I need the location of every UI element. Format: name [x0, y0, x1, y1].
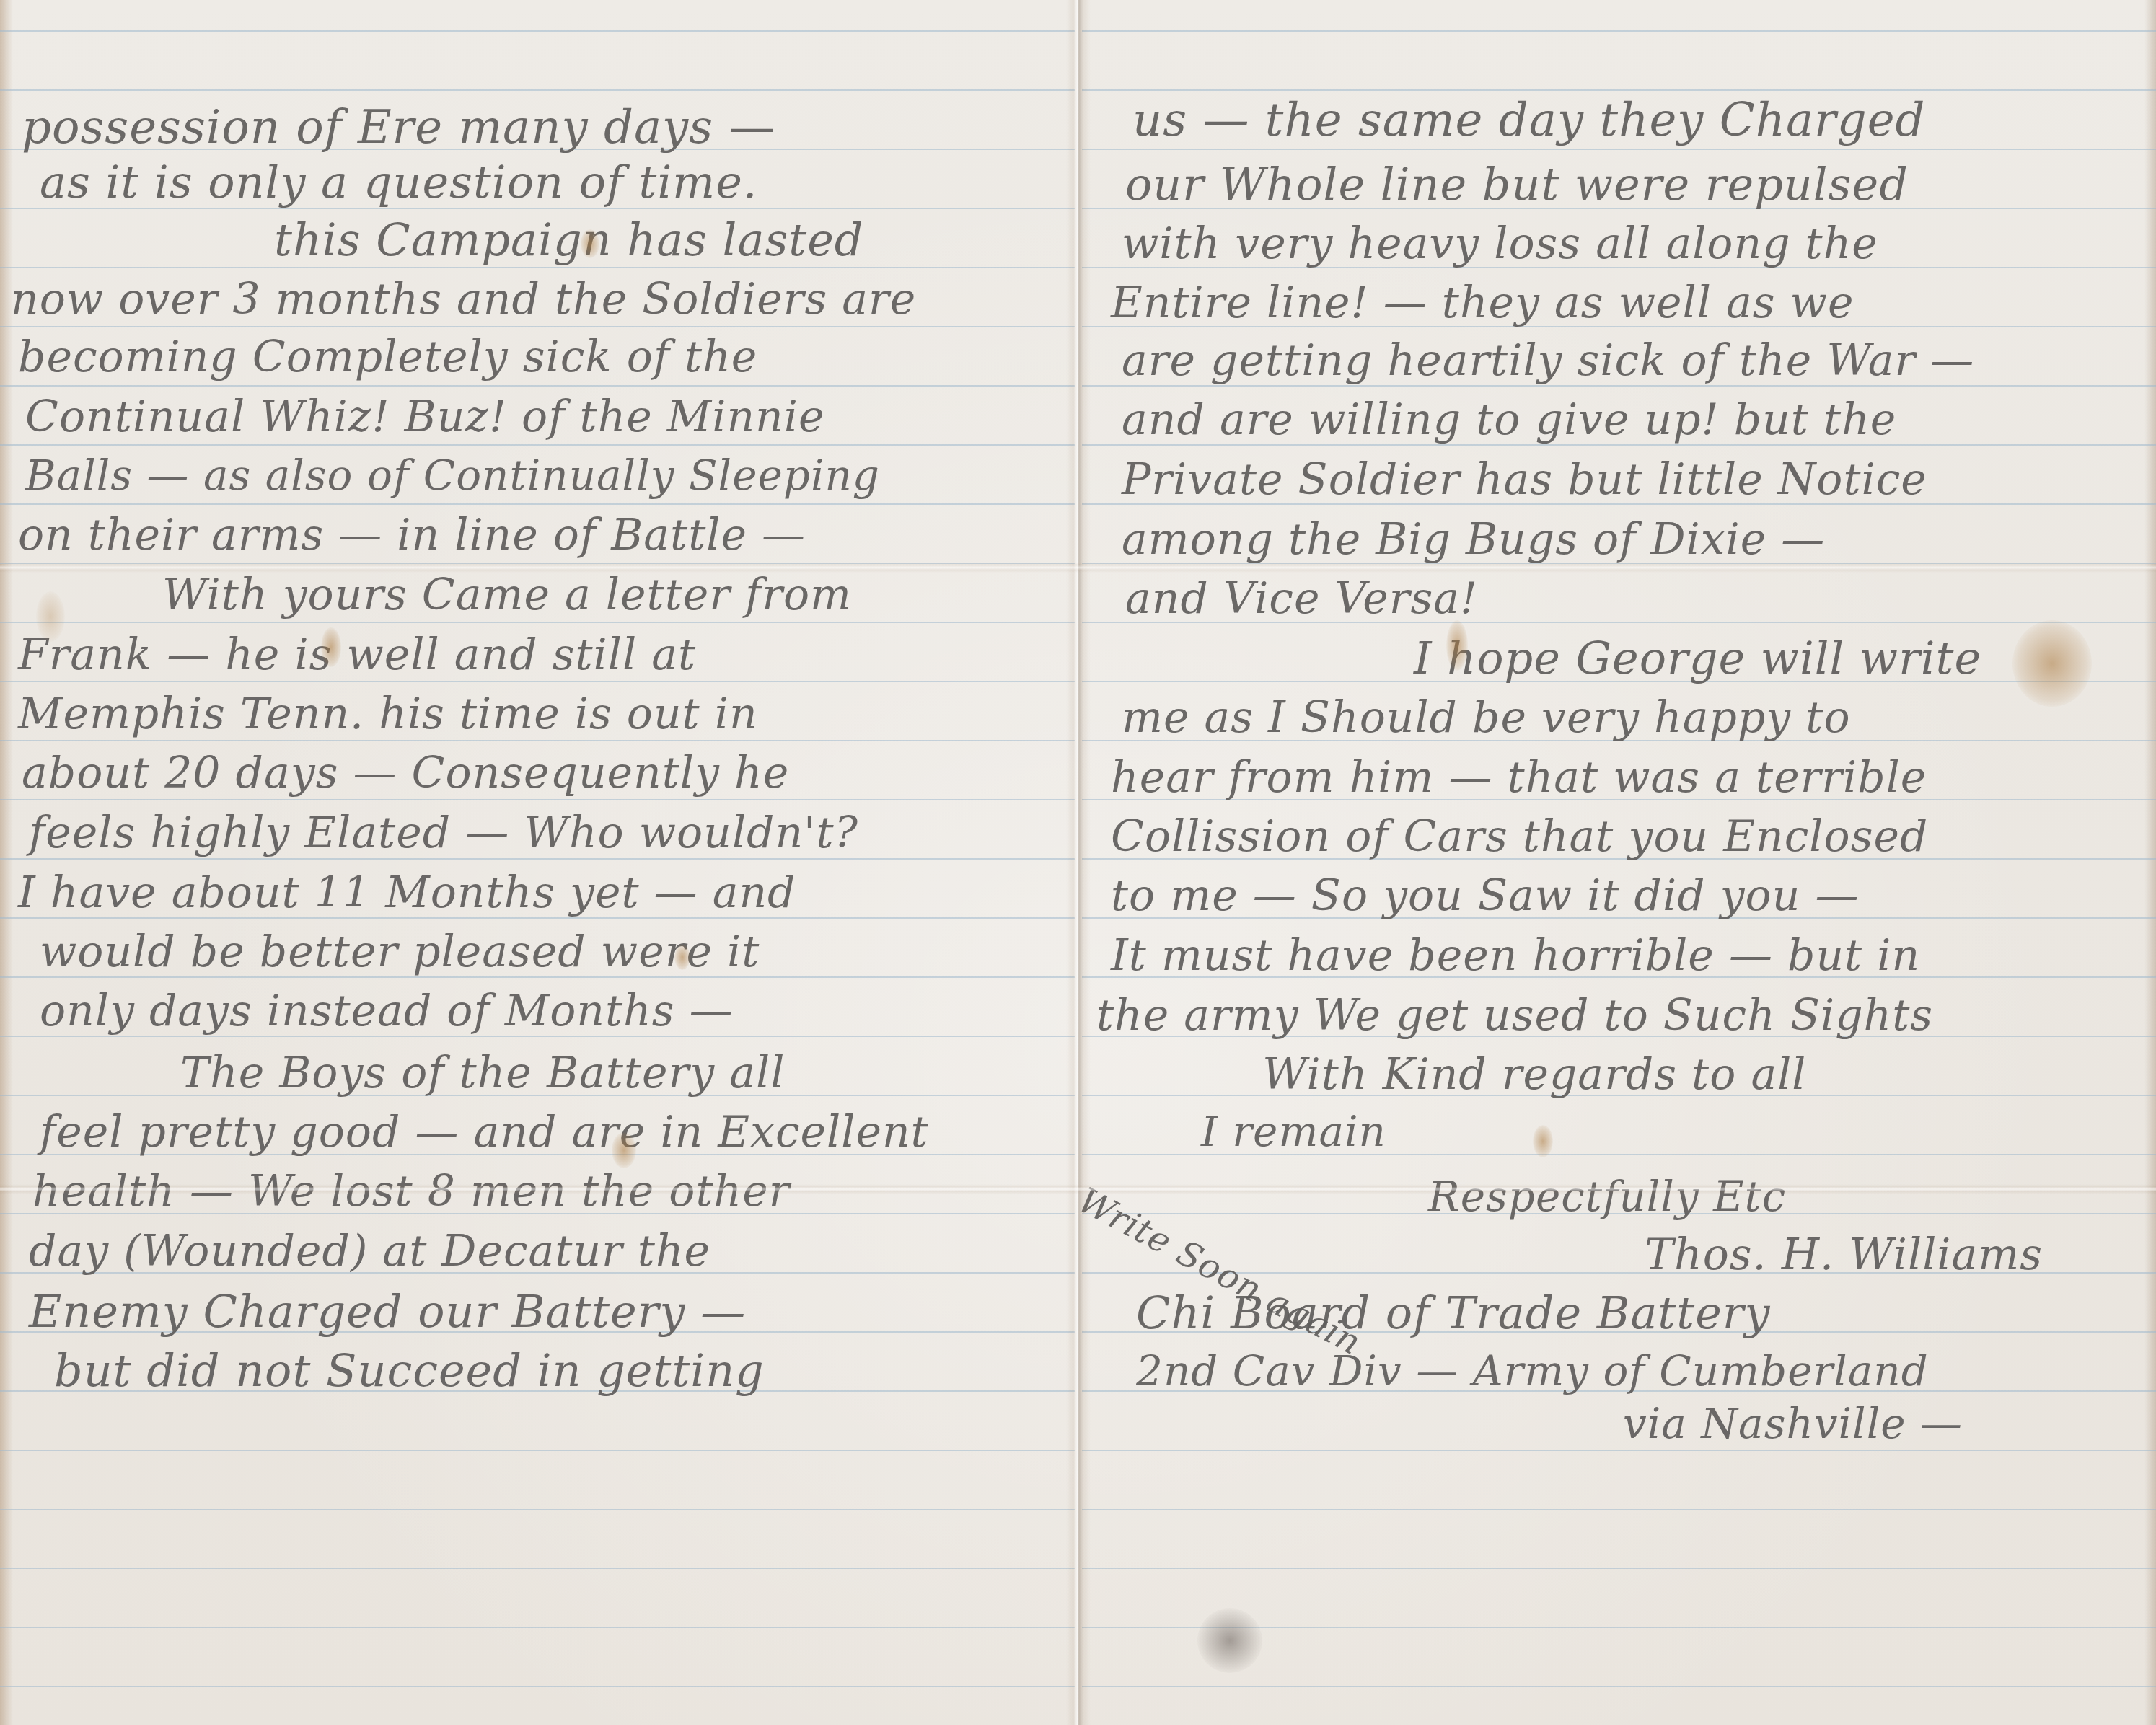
letter-line: our Whole line but were repulsed: [1125, 162, 1909, 207]
letter-line: now over 3 months and the Soldiers are: [11, 278, 916, 321]
letter-line: would be better pleased were it: [40, 930, 760, 974]
letter-scan: possession of Ere many days — as it is o…: [0, 0, 2156, 1725]
horizontal-fold: [0, 562, 2156, 573]
letter-line: Respectfully Etc: [1428, 1175, 1786, 1217]
letter-line: and are willing to give up! but the: [1122, 398, 1896, 441]
letter-line: It must have been horrible — but in: [1111, 934, 1920, 977]
letter-line: about 20 days — Consequently he: [22, 751, 789, 795]
stain: [36, 591, 65, 642]
letter-line: among the Big Bugs of Dixie —: [1122, 518, 1825, 561]
letter-line: Enemy Charged our Battery —: [29, 1289, 746, 1334]
center-fold: [1066, 0, 1091, 1725]
letter-line: as it is only a question of time.: [40, 160, 758, 205]
letter-line: 2nd Cav Div — Army of Cumberland: [1136, 1350, 1929, 1392]
stain: [674, 945, 690, 970]
letter-line: only days instead of Months —: [40, 989, 734, 1033]
right-page: us — the same day they Charged our Whole…: [1082, 0, 2156, 1725]
letter-line: feels highly Elated — Who wouldn't?: [29, 811, 858, 855]
stain: [2012, 620, 2092, 707]
letter-line: Frank — he is well and still at: [18, 633, 696, 676]
letter-line: Balls — as also of Continually Sleeping: [25, 454, 880, 496]
letter-line: the army We get used to Such Sights: [1096, 994, 1933, 1037]
letter-line: Private Soldier has but little Notice: [1122, 458, 1927, 501]
letter-line: I hope George will write: [1414, 636, 1981, 681]
letter-line: and Vice Versa!: [1125, 577, 1478, 620]
stain: [321, 627, 341, 667]
letter-line: I remain: [1201, 1111, 1386, 1152]
left-page: possession of Ere many days — as it is o…: [0, 0, 1075, 1725]
letter-line: us — the same day they Charged: [1132, 97, 1926, 144]
letter-line: With yours Came a letter from: [162, 573, 852, 617]
letter-text: feels highly Elated — Who wouldn't?: [29, 808, 858, 858]
letter-line: With Kind regards to all: [1262, 1053, 1807, 1096]
letter-line: to me — So you Saw it did you —: [1111, 874, 1859, 917]
stain: [612, 1132, 636, 1168]
letter-line: becoming Completely sick of the: [18, 335, 757, 379]
stain: [581, 229, 599, 258]
letter-line: Continual Whiz! Buz! of the Minnie: [25, 395, 824, 438]
letter-line: possession of Ere many days —: [22, 105, 775, 151]
letter-line: via Nashville —: [1623, 1403, 1963, 1444]
letter-line: The Boys of the Battery all: [180, 1051, 785, 1095]
letter-line: on their arms — in line of Battle —: [18, 513, 806, 557]
letter-line: are getting heartily sick of the War —: [1122, 339, 1974, 382]
horizontal-fold: [0, 1184, 2156, 1194]
letter-line: with very heavy loss all along the: [1122, 222, 1878, 265]
letter-line: me as I Should be very happy to: [1122, 696, 1851, 739]
letter-line: but did not Succeed in getting: [54, 1349, 765, 1393]
letter-line: this Campaign has lasted: [274, 218, 864, 262]
stain: [1446, 620, 1468, 671]
letter-line: day (Wounded) at Decatur the: [29, 1230, 710, 1273]
ink-smudge: [1197, 1608, 1262, 1673]
letter-line: I have about 11 Months yet — and: [18, 871, 796, 914]
stain: [1533, 1125, 1553, 1157]
signature: Thos. H. Williams: [1645, 1233, 2043, 1276]
letter-line: Entire line! — they as well as we: [1111, 281, 1854, 325]
letter-line: Memphis Tenn. his time is out in: [18, 692, 758, 736]
letter-line: feel pretty good — and are in Excellent: [40, 1111, 929, 1154]
letter-line: hear from him — that was a terrible: [1111, 756, 1927, 799]
letter-line: Collission of Cars that you Enclosed: [1111, 815, 1928, 858]
